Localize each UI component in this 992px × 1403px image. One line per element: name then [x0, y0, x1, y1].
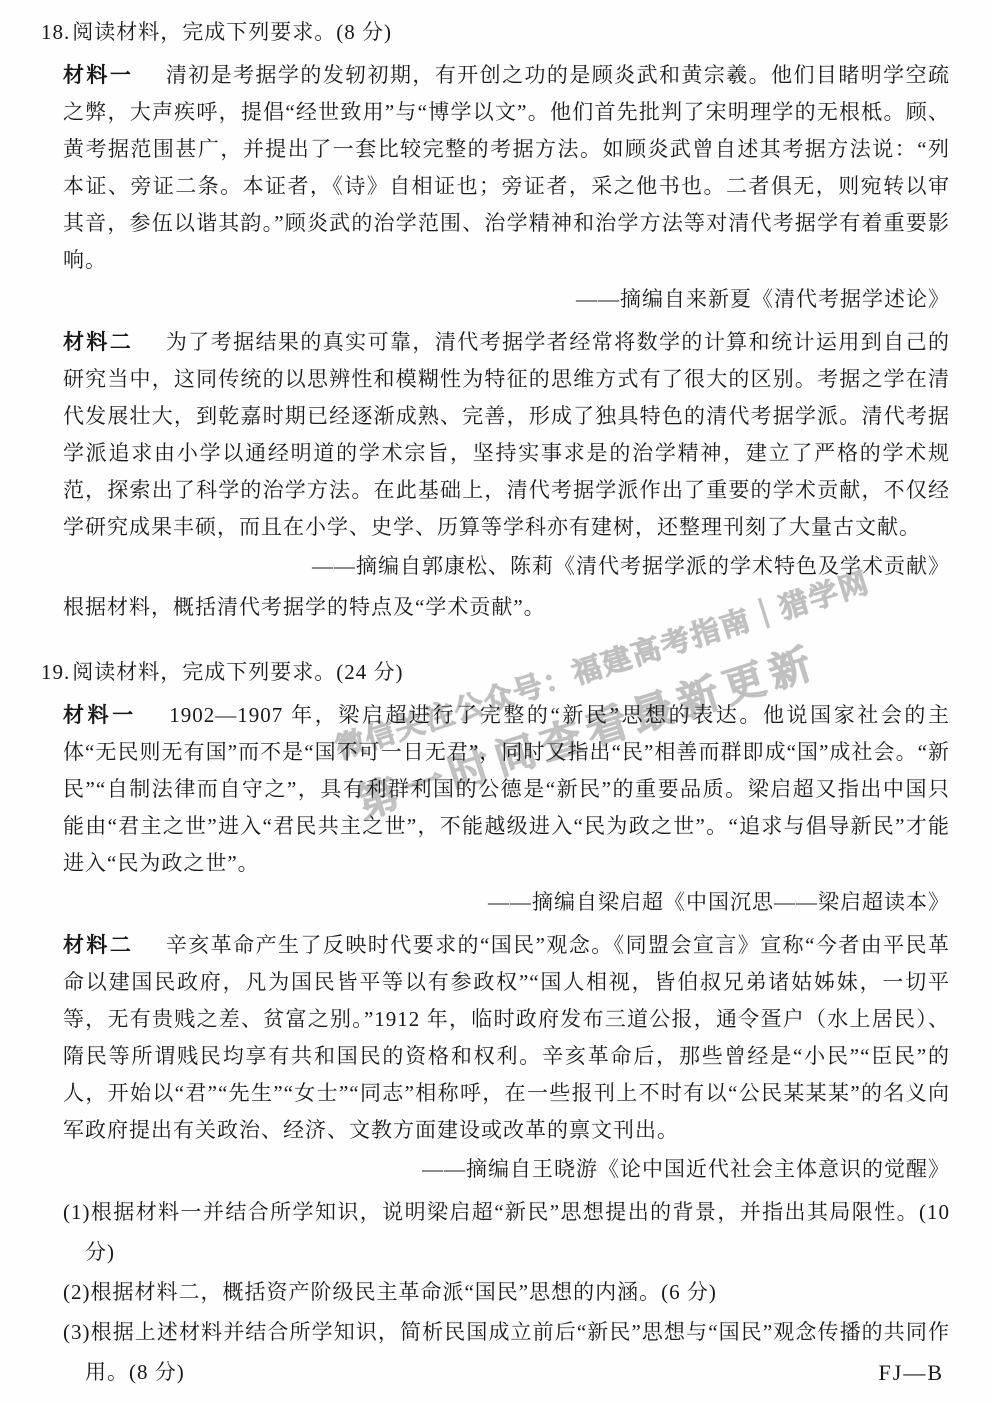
q18-material-1: 材料一清初是考据学的发轫初期，有开创之功的是顾炎武和黄宗羲。他们目睹明学空疏之弊…: [63, 57, 950, 279]
question-18-header: 18.阅读材料，完成下列要求。(8 分): [41, 14, 950, 51]
q18-material-1-text: 清初是考据学的发轫初期，有开创之功的是顾炎武和黄宗羲。他们目睹明学空疏之弊，大声…: [63, 63, 950, 272]
q19-material-2: 材料二辛亥革命产生了反映时代要求的“国民”观念。《同盟会宣言》宣称“今者由平民革…: [63, 927, 950, 1149]
page-code: FJ—B: [879, 1360, 944, 1386]
question-18-prompt: 阅读材料，完成下列要求。(8 分): [72, 20, 392, 44]
question-19: 19.阅读材料，完成下列要求。(24 分) 材料一1902—1907 年，梁启超…: [63, 654, 950, 1392]
question-19-number: 19.: [41, 660, 70, 684]
q18-material-1-source: ——摘编自来新夏《清代考据学述论》: [63, 281, 950, 318]
q19-material-1-text: 1902—1907 年，梁启超进行了完整的“新民”思想的表达。他说国家社会的主体…: [63, 703, 950, 875]
q18-material-1-label: 材料一: [63, 64, 133, 87]
exam-page: 微信关注公众号：福建高考指南｜猎学网 第一时间查看最新更新 18.阅读材料，完成…: [0, 0, 992, 1403]
q19-material-1-label: 材料一: [63, 704, 137, 727]
q18-task: 根据材料，概括清代考据学的特点及“学术贡献”。: [63, 589, 950, 626]
q18-material-2: 材料二为了考据结果的真实可靠，清代考据学者经常将数学的计算和统计运用到自己的研究…: [63, 324, 950, 546]
question-18-number: 18.: [41, 20, 70, 44]
q19-subquestion-1: (1)根据材料一并结合所学知识，说明梁启超“新民”思想提出的背景，并指出其局限性…: [63, 1192, 950, 1272]
q19-material-1: 材料一1902—1907 年，梁启超进行了完整的“新民”思想的表达。他说国家社会…: [63, 697, 950, 882]
question-19-prompt: 阅读材料，完成下列要求。(24 分): [72, 660, 403, 684]
page-content: 18.阅读材料，完成下列要求。(8 分) 材料一清初是考据学的发轫初期，有开创之…: [63, 14, 950, 1392]
q19-material-2-text: 辛亥革命产生了反映时代要求的“国民”观念。《同盟会宣言》宣称“今者由平民革命以建…: [63, 933, 950, 1142]
q19-subquestion-3: (3)根据上述材料并结合所学知识，简析民国成立前后“新民”思想与“国民”观念传播…: [63, 1312, 950, 1392]
q19-material-2-label: 材料二: [63, 934, 133, 957]
q18-material-2-source: ——摘编自郭康松、陈莉《清代考据学派的学术特色及学术贡献》: [63, 548, 950, 585]
q19-material-1-source: ——摘编自梁启超《中国沉思——梁启超读本》: [63, 884, 950, 921]
q18-material-2-text: 为了考据结果的真实可靠，清代考据学者经常将数学的计算和统计运用到自己的研究当中，…: [63, 330, 950, 539]
q19-subquestions: (1)根据材料一并结合所学知识，说明梁启超“新民”思想提出的背景，并指出其局限性…: [63, 1192, 950, 1392]
q18-material-2-label: 材料二: [63, 331, 133, 354]
q19-material-2-source: ——摘编自王晓游《论中国近代社会主体意识的觉醒》: [63, 1151, 950, 1188]
q19-subquestion-2: (2)根据材料二，概括资产阶级民主革命派“国民”思想的内涵。(6 分): [63, 1272, 950, 1312]
question-18: 18.阅读材料，完成下列要求。(8 分) 材料一清初是考据学的发轫初期，有开创之…: [63, 14, 950, 626]
question-19-header: 19.阅读材料，完成下列要求。(24 分): [41, 654, 950, 691]
